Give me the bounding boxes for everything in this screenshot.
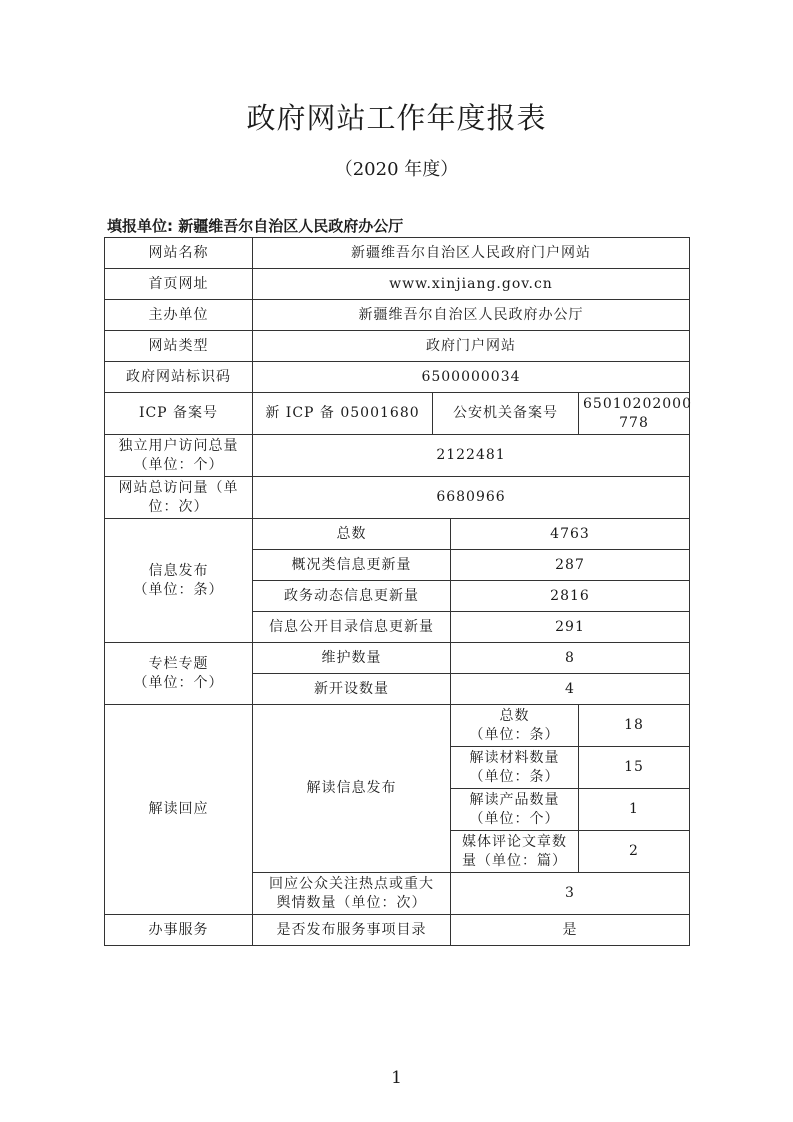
label-interp-publish: 解读信息发布: [253, 705, 451, 873]
label-total-visits: 网站总访问量（单 位：次）: [105, 477, 253, 519]
columns-row-value: 8: [451, 643, 690, 674]
info-row-value: 291: [451, 612, 690, 643]
label-interp-response: 回应公众关注热点或重大 舆情数量（单位：次）: [253, 873, 451, 915]
interp-label-line1: 解读材料数量: [455, 749, 574, 768]
label-info-publish: 信息发布 （单位：条）: [105, 519, 253, 643]
row-unique-visitors: 独立用户访问总量 （单位：个） 2122481: [105, 435, 690, 477]
value-total-visits: 6680966: [253, 477, 690, 519]
value-service-catalog: 是: [451, 915, 690, 946]
unique-visitors-label-line1: 独立用户访问总量: [109, 437, 248, 456]
interp-label-line2: （单位：条）: [455, 768, 574, 787]
columns-row-label: 维护数量: [253, 643, 451, 674]
filler-unit: 填报单位: 新疆维吾尔自治区人民政府办公厅: [107, 215, 403, 236]
total-visits-label-line2: 位：次）: [109, 498, 248, 517]
label-site-code: 政府网站标识码: [105, 362, 253, 393]
row-columns-maintained: 专栏专题 （单位：个） 维护数量 8: [105, 643, 690, 674]
info-row-label: 信息公开目录信息更新量: [253, 612, 451, 643]
info-publish-label-line2: （单位：条）: [109, 581, 248, 600]
interp-label-line2: （单位：条）: [455, 726, 574, 745]
interp-row-value: 2: [579, 831, 690, 873]
label-site-type: 网站类型: [105, 331, 253, 362]
interp-label-line2: 量（单位：篇）: [455, 852, 574, 871]
value-interp-response: 3: [451, 873, 690, 915]
info-publish-label-line1: 信息发布: [109, 562, 248, 581]
row-site-code: 政府网站标识码 6500000034: [105, 362, 690, 393]
value-homepage: www.xinjiang.gov.cn: [253, 269, 690, 300]
info-row-label: 政务动态信息更新量: [253, 581, 451, 612]
interp-label-line2: （单位：个）: [455, 810, 574, 829]
interp-label-line1: 总数: [455, 707, 574, 726]
interp-row-value: 1: [579, 789, 690, 831]
label-service-catalog: 是否发布服务事项目录: [253, 915, 451, 946]
info-row-value: 287: [451, 550, 690, 581]
label-columns: 专栏专题 （单位：个）: [105, 643, 253, 705]
interp-label-line1: 解读产品数量: [455, 791, 574, 810]
value-site-code: 6500000034: [253, 362, 690, 393]
interp-row-value: 15: [579, 747, 690, 789]
value-icp: 新 ICP 备 05001680: [253, 393, 433, 435]
row-service: 办事服务 是否发布服务事项目录 是: [105, 915, 690, 946]
info-row-label: 概况类信息更新量: [253, 550, 451, 581]
label-service: 办事服务: [105, 915, 253, 946]
police-record-line2: 778: [583, 414, 685, 433]
value-site-name: 新疆维吾尔自治区人民政府门户网站: [253, 238, 690, 269]
report-year: （2020 年度）: [0, 155, 793, 181]
interp-response-label-line2: 舆情数量（单位：次）: [257, 894, 446, 913]
interp-row-label: 解读材料数量 （单位：条）: [451, 747, 579, 789]
police-record-line1: 65010202000: [583, 395, 685, 414]
page-number: 1: [0, 1068, 793, 1088]
columns-row-label: 新开设数量: [253, 674, 451, 705]
info-row-label: 总数: [253, 519, 451, 550]
row-total-visits: 网站总访问量（单 位：次） 6680966: [105, 477, 690, 519]
value-site-type: 政府门户网站: [253, 331, 690, 362]
info-row-value: 4763: [451, 519, 690, 550]
row-info-total: 信息发布 （单位：条） 总数 4763: [105, 519, 690, 550]
row-site-name: 网站名称 新疆维吾尔自治区人民政府门户网站: [105, 238, 690, 269]
label-homepage: 首页网址: [105, 269, 253, 300]
label-icp: ICP 备案号: [105, 393, 253, 435]
interp-row-label: 媒体评论文章数 量（单位：篇）: [451, 831, 579, 873]
total-visits-label-line1: 网站总访问量（单: [109, 479, 248, 498]
columns-label-line1: 专栏专题: [109, 655, 248, 674]
row-sponsor: 主办单位 新疆维吾尔自治区人民政府办公厅: [105, 300, 690, 331]
row-homepage: 首页网址 www.xinjiang.gov.cn: [105, 269, 690, 300]
label-site-name: 网站名称: [105, 238, 253, 269]
info-row-value: 2816: [451, 581, 690, 612]
row-interp-total: 解读回应 解读信息发布 总数 （单位：条） 18: [105, 705, 690, 747]
label-unique-visitors: 独立用户访问总量 （单位：个）: [105, 435, 253, 477]
page-title: 政府网站工作年度报表: [0, 96, 793, 137]
report-table: 网站名称 新疆维吾尔自治区人民政府门户网站 首页网址 www.xinjiang.…: [104, 237, 690, 946]
label-sponsor: 主办单位: [105, 300, 253, 331]
row-icp: ICP 备案号 新 ICP 备 05001680 公安机关备案号 6501020…: [105, 393, 690, 435]
value-sponsor: 新疆维吾尔自治区人民政府办公厅: [253, 300, 690, 331]
interp-row-label: 总数 （单位：条）: [451, 705, 579, 747]
interp-row-label: 解读产品数量 （单位：个）: [451, 789, 579, 831]
interp-response-label-line1: 回应公众关注热点或重大: [257, 875, 446, 894]
label-interpretation: 解读回应: [105, 705, 253, 915]
columns-label-line2: （单位：个）: [109, 674, 248, 693]
interp-label-line1: 媒体评论文章数: [455, 833, 574, 852]
columns-row-value: 4: [451, 674, 690, 705]
value-unique-visitors: 2122481: [253, 435, 690, 477]
label-police-record: 公安机关备案号: [433, 393, 579, 435]
unique-visitors-label-line2: （单位：个）: [109, 456, 248, 475]
value-police-record: 65010202000 778: [579, 393, 690, 435]
interp-row-value: 18: [579, 705, 690, 747]
row-site-type: 网站类型 政府门户网站: [105, 331, 690, 362]
